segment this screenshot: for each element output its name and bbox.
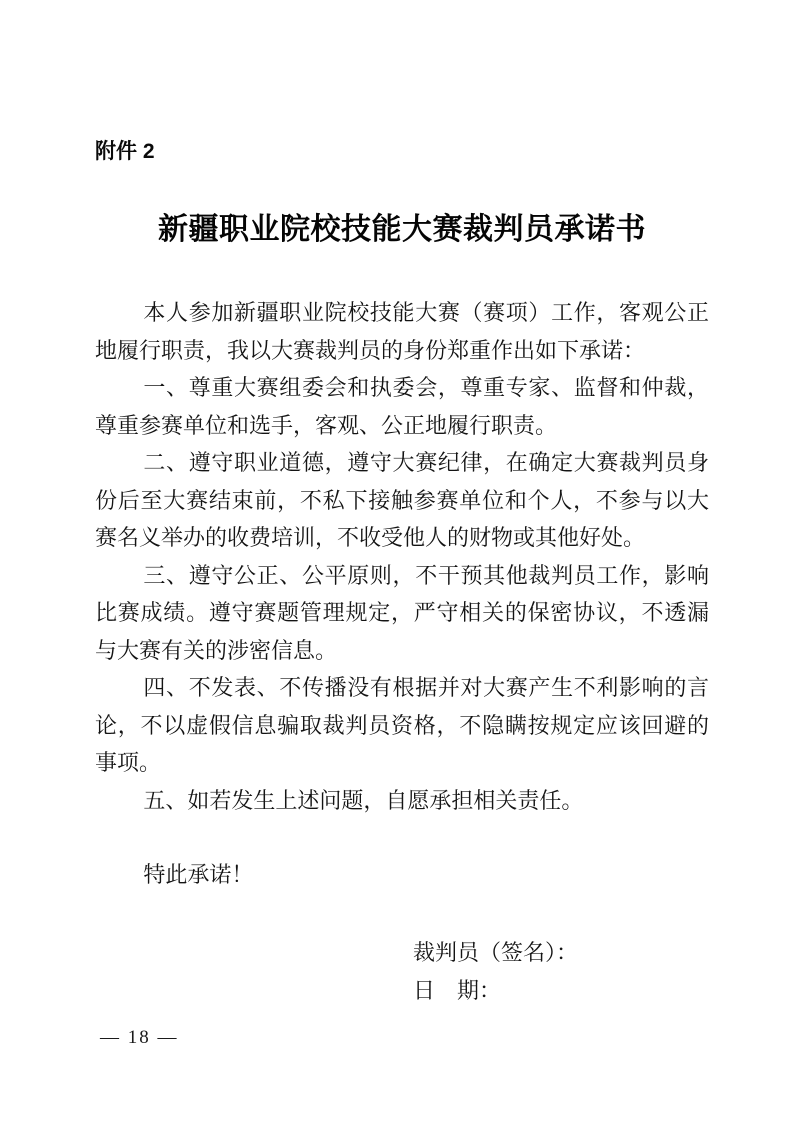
body-paragraph: 五、如若发生上述问题，自愿承担相关责任。 [95,782,709,820]
document-page: 附件 2 新疆职业院校技能大赛裁判员承诺书 本人参加新疆职业院校技能大赛（赛项）… [0,0,793,1122]
attachment-label: 附件 2 [95,138,709,166]
signer-label: 裁判员（签名）： [413,934,709,972]
document-content: 附件 2 新疆职业院校技能大赛裁判员承诺书 本人参加新疆职业院校技能大赛（赛项）… [0,0,793,1010]
closing-statement: 特此承诺！ [95,856,709,894]
body-paragraph: 本人参加新疆职业院校技能大赛（赛项）工作，客观公正地履行职责，我以大赛裁判员的身… [95,294,709,369]
body-paragraph: 三、遵守公正、公平原则，不干预其他裁判员工作，影响比赛成绩。遵守赛题管理规定，严… [95,557,709,670]
body-paragraph: 四、不发表、不传播没有根据并对大赛产生不利影响的言论，不以虚假信息骗取裁判员资格… [95,669,709,782]
page-number: — 18 — [100,1026,179,1050]
document-title: 新疆职业院校技能大赛裁判员承诺书 [95,212,709,248]
body-paragraph: 一、尊重大赛组委会和执委会，尊重专家、监督和仲裁，尊重参赛单位和选手，客观、公正… [95,369,709,444]
document-body: 本人参加新疆职业院校技能大赛（赛项）工作，客观公正地履行职责，我以大赛裁判员的身… [95,294,709,819]
signature-block: 裁判员（签名）： 日 期： [413,934,709,1010]
date-label: 日 期： [413,972,709,1010]
body-paragraph: 二、遵守职业道德，遵守大赛纪律，在确定大赛裁判员身份后至大赛结束前，不私下接触参… [95,444,709,557]
